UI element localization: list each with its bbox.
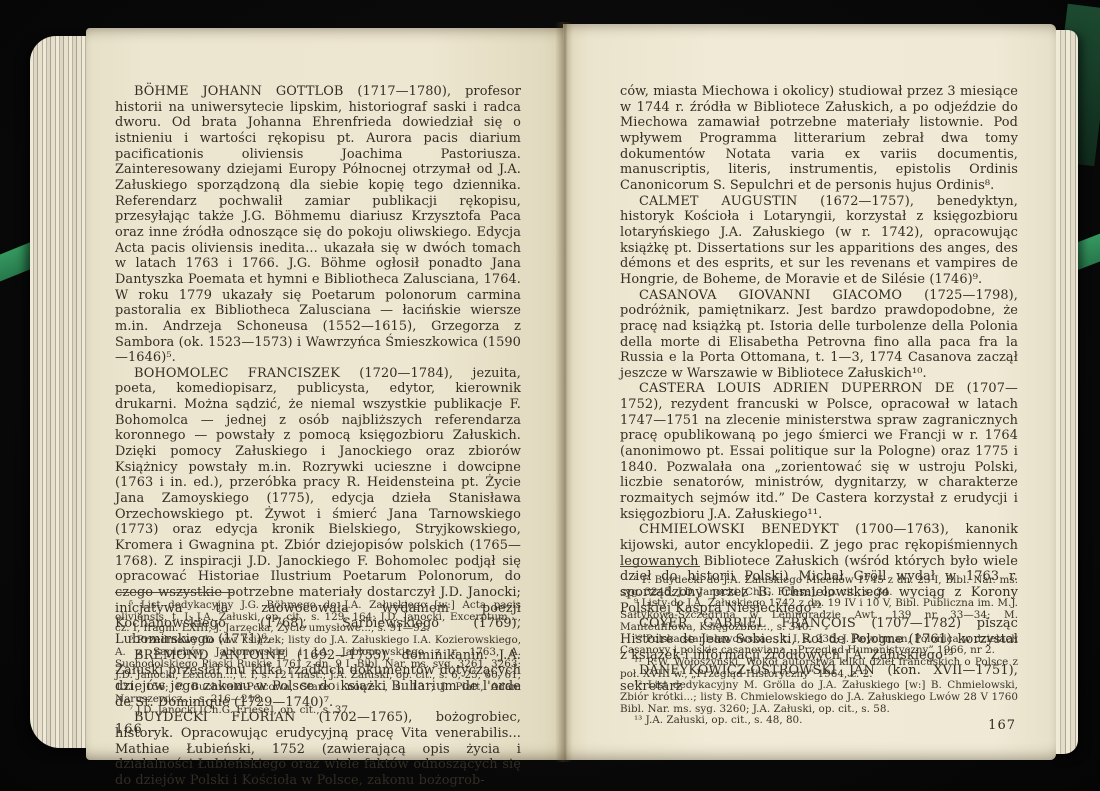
footnote-11: ¹¹ R.W. Wołoszyński, Wokół autorstwa kil… <box>620 657 1018 680</box>
footnote-8: ⁸ F. Buydecki do J.A. Załuskiego Miechów… <box>620 575 1018 598</box>
footnote-6: ⁶ Przedmowy do ww. książek; listy do J.A… <box>115 635 521 705</box>
footnote-13: ¹³ J.A. Załuski, op. cit., s. 48, 80. <box>620 715 1018 727</box>
entry-buydecki: BUYDECKI FLORIAN (1702—1765), bożogrobie… <box>115 710 521 788</box>
footnote-separator-right <box>620 566 700 567</box>
page-edges-left <box>30 36 90 748</box>
left-page: BÖHME JOHANN GOTTLOB (1717—1780), profes… <box>86 28 563 760</box>
footnote-12: ¹² List dedykacyjny M. Grölla do J.A. Za… <box>620 680 1018 715</box>
book-photo-background: BÖHME JOHANN GOTTLOB (1717—1780), profes… <box>0 0 1100 791</box>
book-gutter <box>555 22 573 762</box>
entry-calmet: CALMET AUGUSTIN (1672—1757), benedyktyn,… <box>620 194 1018 288</box>
entry-buydecki-continuation: ców, miasta Miechowa i okolicy) studiowa… <box>620 84 1018 194</box>
footnote-9: ⁹ Listy do J.A. Załuskiego 1742 z dn. 19… <box>620 598 1018 633</box>
page-edges-right <box>1056 30 1078 754</box>
left-page-footnotes: ⁵ List dedykacyjny J.G. Böhmego do J.A. … <box>115 600 521 717</box>
page-number-left: 166 <box>115 722 143 737</box>
footnote-separator-left <box>115 592 233 593</box>
entry-castera: CASTERA LOUIS ADRIEN DUPERRON DE (1707—1… <box>620 381 1018 522</box>
entry-casanova: CASANOVA GIOVANNI GIACOMO (1725—1798), p… <box>620 288 1018 382</box>
page-number-right: 167 <box>988 718 1016 733</box>
footnote-7: ⁷ J.D. Janocki [Ch.G. Friese], op. cit.,… <box>115 705 521 717</box>
right-page-footnotes: ⁸ F. Buydecki do J.A. Załuskiego Miechów… <box>620 575 1018 727</box>
open-book: BÖHME JOHANN GOTTLOB (1717—1780), profes… <box>28 22 1078 762</box>
footnote-5: ⁵ List dedykacyjny J.G. Böhmego do J.A. … <box>115 600 521 635</box>
right-page: ców, miasta Miechowa i okolicy) studiowa… <box>563 24 1056 760</box>
entry-bohme: BÖHME JOHANN GOTTLOB (1717—1780), profes… <box>115 84 521 366</box>
footnote-10: ¹⁰ Polska stanisławowska..., t. I, s. 23… <box>620 634 1018 657</box>
